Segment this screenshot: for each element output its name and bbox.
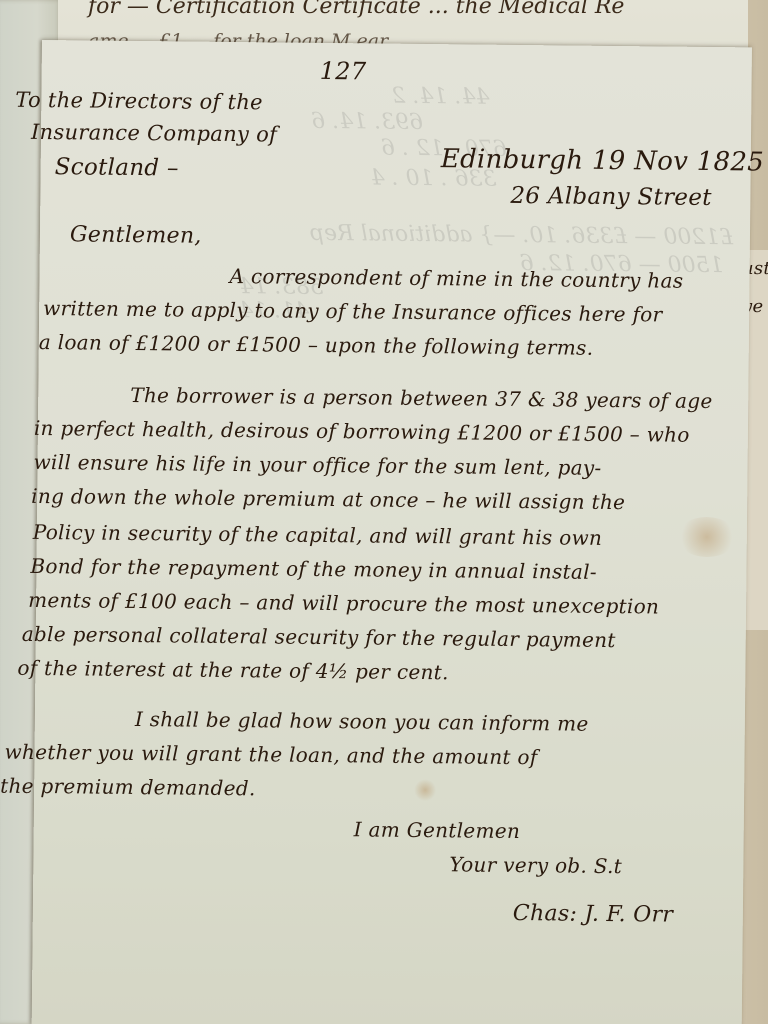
- addressee-line-1: To the Directors of the: [15, 88, 263, 115]
- water-stain: [677, 517, 737, 558]
- letter-line: Bond for the repayment of the money in a…: [30, 554, 597, 584]
- letter-line: ing down the whole premium at once – he …: [31, 484, 625, 514]
- page-number: 127: [320, 57, 367, 85]
- letter-line: in perfect health, desirous of borrowing…: [34, 416, 690, 447]
- letter-line: whether you will grant the loan, and the…: [4, 740, 537, 770]
- salutation: Gentlemen,: [70, 222, 202, 248]
- sender-address: 26 Albany Street: [510, 183, 712, 211]
- closing-line: I am Gentlemen: [354, 817, 521, 843]
- letter-line: able personal collateral security for th…: [22, 622, 616, 652]
- place-date: Edinburgh 19 Nov 1825: [441, 144, 765, 177]
- letter-line: Policy in security of the capital, and w…: [33, 520, 603, 550]
- addressee-line-3: Scotland –: [55, 154, 179, 181]
- letter-line: A correspondent of mine in the country h…: [229, 264, 683, 293]
- letter-line: written me to apply to any of the Insura…: [43, 296, 662, 326]
- letter-line: of the interest at the rate of 4½ per ce…: [17, 656, 449, 685]
- letter-sheet: 44. 14. 2 693. 14. 6 670 . 12 . 6 336 . …: [32, 40, 752, 1024]
- closing-line: Your very ob. S.t: [449, 852, 622, 878]
- underlying-sheet-line-1: for — Certification Certificate ... the …: [88, 0, 624, 19]
- bleed-through-text: £1200 — £336. 10. —} additional Rep: [310, 221, 734, 250]
- letter-line: I shall be glad how soon you can inform …: [135, 707, 589, 736]
- letter-line: ments of £100 each – and will procure th…: [28, 588, 659, 619]
- letter-line: will ensure his life in your office for …: [33, 450, 601, 480]
- letter-line: The borrower is a person between 37 & 38…: [130, 383, 713, 413]
- letter-line: a loan of £1200 or £1500 – upon the foll…: [39, 330, 594, 360]
- signature: Chas: J. F. Orr: [513, 901, 674, 928]
- bleed-through-text: 44. 14. 2: [391, 84, 489, 110]
- bleed-through-text: 693. 14. 6: [311, 109, 423, 135]
- ink-spot: [414, 779, 436, 801]
- letter-line: the premium demanded.: [0, 774, 256, 801]
- addressee-line-2: Insurance Company of: [31, 120, 277, 147]
